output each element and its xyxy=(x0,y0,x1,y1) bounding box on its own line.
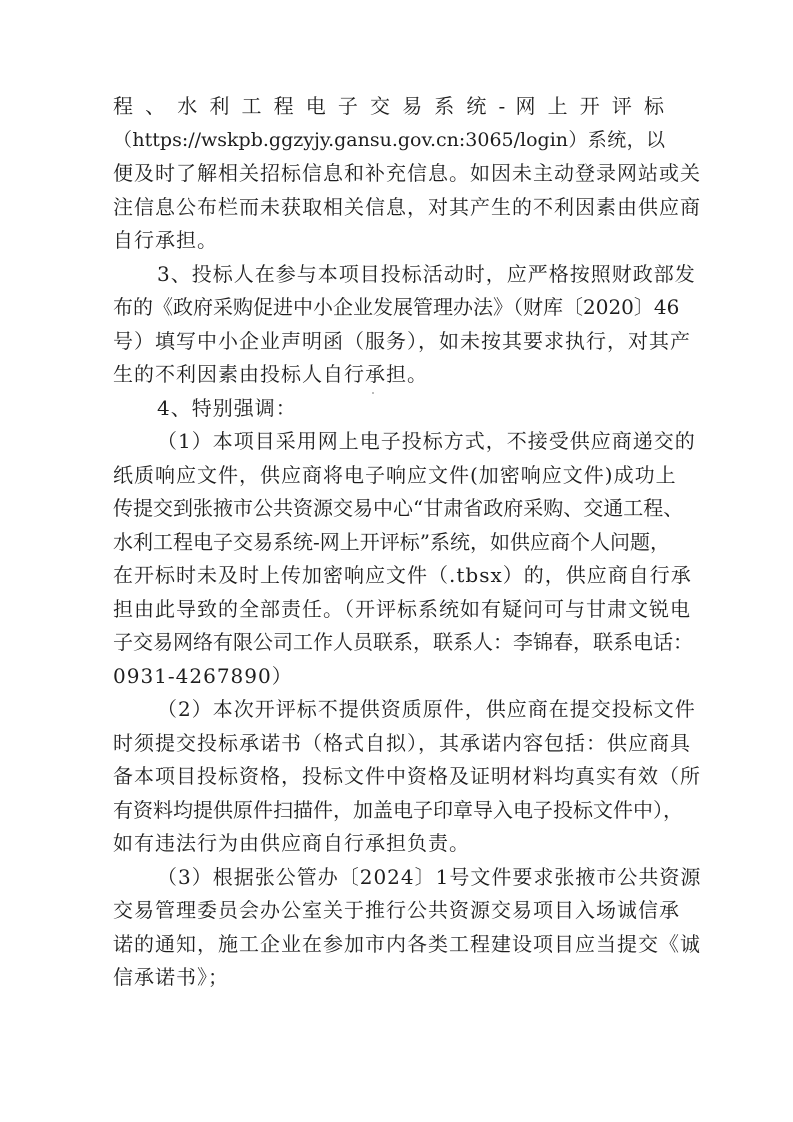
paragraph-item-4-1-online-bidding: （1）本项目采用网上电子投标方式，不接受供应商递交的 纸质响应文件，供应商将电子… xyxy=(113,425,665,693)
contact-phone-line: 0931-4267890） xyxy=(113,660,665,694)
text-line: 有资料均提供原件扫描件，加盖电子印章导入电子投标文件中）， xyxy=(113,794,665,828)
text-line: 备本项目投标资格，投标文件中资格及证明材料均真实有效（所 xyxy=(113,760,665,794)
text-line: 信承诺书》； xyxy=(113,961,665,995)
text-line: 纸质响应文件，供应商将电子响应文件(加密响应文件)成功上 xyxy=(113,459,665,493)
scan-speck xyxy=(372,392,374,394)
text-line: 如有违法行为由供应商自行承担负责。 xyxy=(113,827,665,861)
section-heading: 4、特别强调： xyxy=(113,392,665,426)
text-line: （2）本次开评标不提供资质原件，供应商在提交投标文件 xyxy=(113,693,665,727)
text-line: 传提交到张掖市公共资源交易中心“甘肃省政府采购、交通工程、 xyxy=(113,492,665,526)
text-line: 注信息公布栏而未获取相关信息，对其产生的不利因素由供应商 xyxy=(113,191,665,225)
text-line: 担由此导致的全部责任。（开评标系统如有疑问可与甘肃文锐电 xyxy=(113,593,665,627)
document-page: 程 、 水 利 工 程 电 子 交 易 系 统 - 网 上 开 评 标 （htt… xyxy=(113,90,665,995)
paragraph-item-4-3-integrity-commitment: （3）根据张公管办〔2024〕1号文件要求张掖市公共资源 交易管理委员会办公室关… xyxy=(113,861,665,995)
text-line: 诺的通知，施工企业在参加市内各类工程建设项目应当提交《诚 xyxy=(113,928,665,962)
text-line: 号）填写中小企业声明函（服务），如未按其要求执行，对其产 xyxy=(113,325,665,359)
system-url-line: （https://wskpb.ggzyjy.gansu.gov.cn:3065/… xyxy=(113,124,665,158)
text-line: 3、投标人在参与本项目投标活动时，应严格按照财政部发 xyxy=(113,258,665,292)
text-line: 交易管理委员会办公室关于推行公共资源交易项目入场诚信承 xyxy=(113,894,665,928)
text-line: 自行承担。 xyxy=(113,224,665,258)
paragraph-item-4-heading: 4、特别强调： xyxy=(113,392,665,426)
contact-info-line: 子交易网络有限公司工作人员联系，联系人：李锦春，联系电话： xyxy=(113,626,665,660)
paragraph-continued-system-notice: 程 、 水 利 工 程 电 子 交 易 系 统 - 网 上 开 评 标 （htt… xyxy=(113,90,665,258)
text-line: 布的《政府采购促进中小企业发展管理办法》（财库〔2020〕46 xyxy=(113,291,665,325)
text-line: 程 、 水 利 工 程 电 子 交 易 系 统 - 网 上 开 评 标 xyxy=(113,90,665,124)
text-line: （1）本项目采用网上电子投标方式，不接受供应商递交的 xyxy=(113,425,665,459)
paragraph-item-4-2-bid-commitment: （2）本次开评标不提供资质原件，供应商在提交投标文件 时须提交投标承诺书（格式自… xyxy=(113,693,665,861)
text-line: 水利工程电子交易系统-网上开评标”系统，如供应商个人问题， xyxy=(113,526,665,560)
text-line: 在开标时未及时上传加密响应文件（.tbsx）的，供应商自行承 xyxy=(113,559,665,593)
text-line: 生的不利因素由投标人自行承担。 xyxy=(113,358,665,392)
text-line: 时须提交投标承诺书（格式自拟），其承诺内容包括：供应商具 xyxy=(113,727,665,761)
text-line: 便及时了解相关招标信息和补充信息。如因未主动登录网站或关 xyxy=(113,157,665,191)
paragraph-item-3-sme-declaration: 3、投标人在参与本项目投标活动时，应严格按照财政部发 布的《政府采购促进中小企业… xyxy=(113,258,665,392)
text-line: （3）根据张公管办〔2024〕1号文件要求张掖市公共资源 xyxy=(113,861,665,895)
